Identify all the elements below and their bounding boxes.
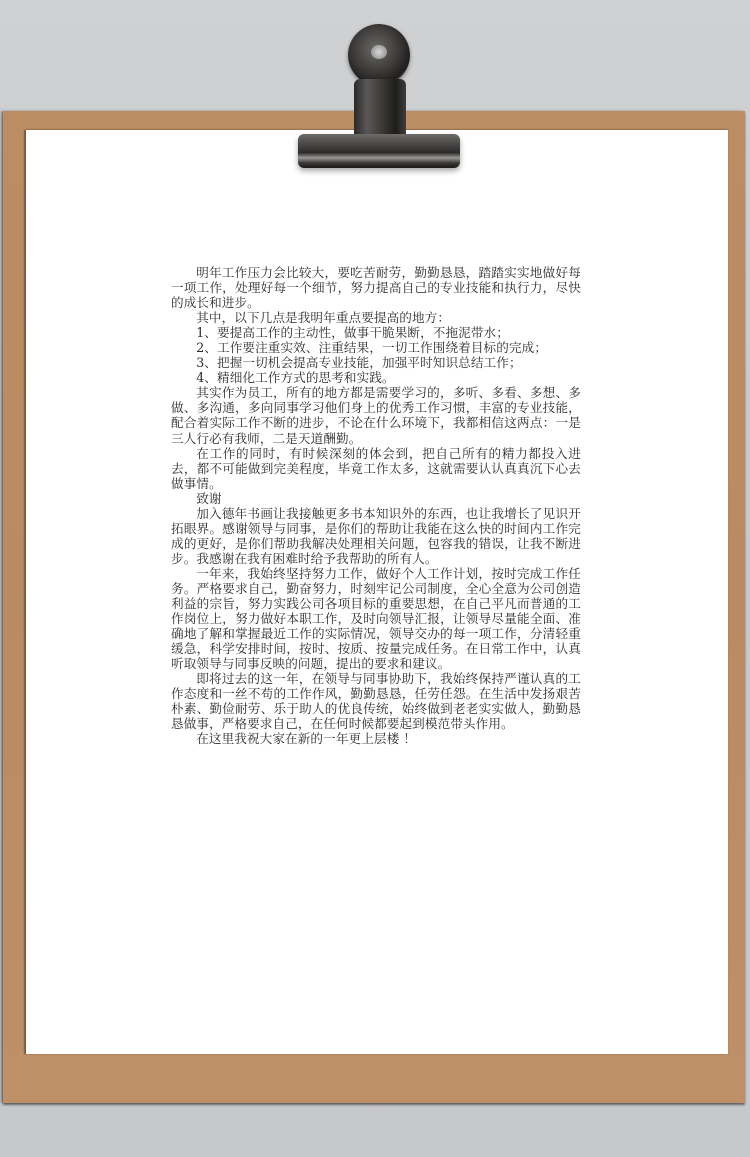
section-heading-thanks: 致谢 bbox=[171, 491, 581, 506]
paragraph-attitude: 即将过去的这一年，在领导与同事协助下，我始终保持严谨认真的工作态度和一丝不苟的工… bbox=[171, 671, 581, 731]
clip-jaw bbox=[298, 134, 460, 168]
paragraph-year-review: 一年来，我始终坚持努力工作，做好个人工作计划，按时完成工作任务。严格要求自己，勤… bbox=[171, 566, 581, 671]
paragraph-key-points-heading: 其中，以下几点是我明年重点要提高的地方： bbox=[171, 310, 581, 325]
clip-neck bbox=[354, 79, 406, 141]
paragraph-intro: 明年工作压力会比较大，要吃苦耐劳，勤勤恳恳，踏踏实实地做好每一项工作，处理好每一… bbox=[171, 265, 581, 310]
binder-clip-icon bbox=[296, 24, 462, 170]
list-item-1: 1、要提高工作的主动性，做事干脆果断，不拖泥带水； bbox=[171, 325, 581, 340]
list-item-4: 4、精细化工作方式的思考和实践。 bbox=[171, 370, 581, 385]
list-item-2: 2、工作要注重实效、注重结果，一切工作围绕着目标的完成； bbox=[171, 340, 581, 355]
paragraph-closing: 在这里我祝大家在新的一年更上层楼 ！ bbox=[171, 731, 581, 746]
clip-ring bbox=[348, 24, 410, 86]
paragraph-reflection: 在工作的同时，有时候深刻的体会到，把自己所有的精力都投入进去，都不可能做到完美程… bbox=[171, 446, 581, 491]
paragraph-thanks: 加入德年书画让我接触更多书本知识外的东西，也让我增长了见识开拓眼界。感谢领导与同… bbox=[171, 506, 581, 566]
paragraph-learning: 其实作为员工，所有的地方都是需要学习的，多听、多看、多想、多做、多沟通，多向同事… bbox=[171, 385, 581, 445]
document-body: 明年工作压力会比较大，要吃苦耐劳，勤勤恳恳，踏踏实实地做好每一项工作，处理好每一… bbox=[171, 265, 581, 747]
list-item-3: 3、把握一切机会提高专业技能，加强平时知识总结工作； bbox=[171, 355, 581, 370]
